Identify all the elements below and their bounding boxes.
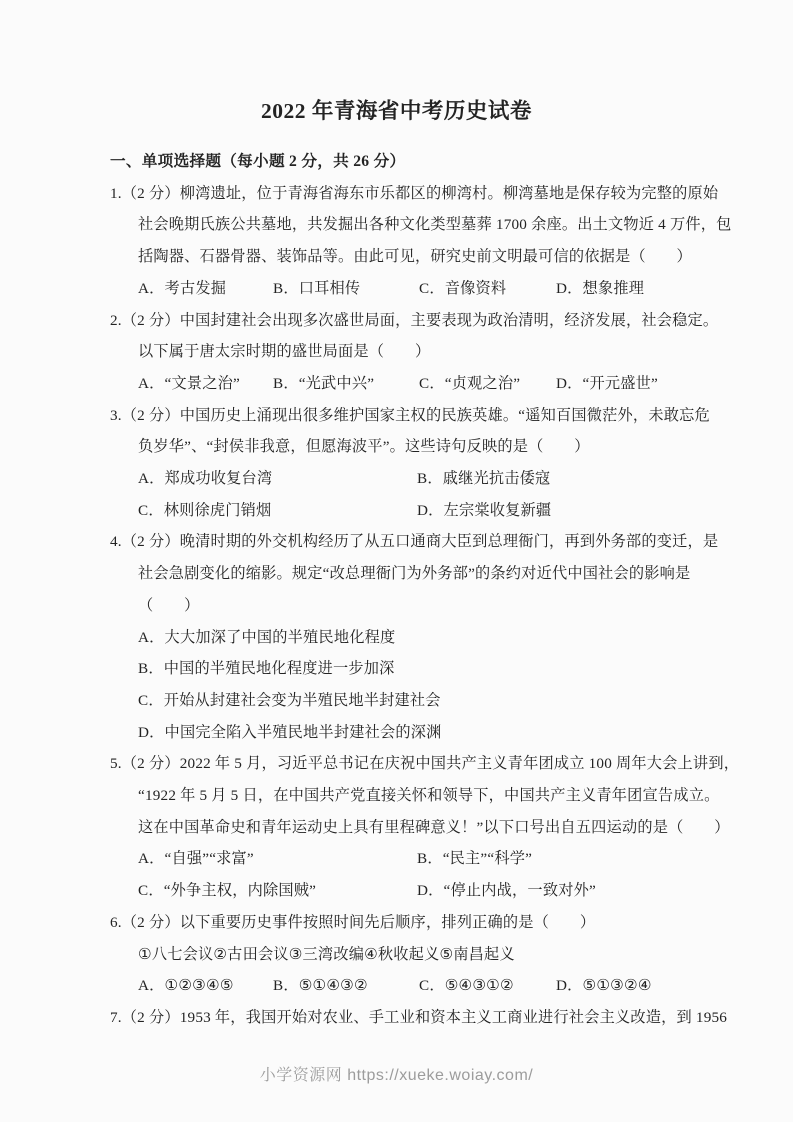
question-2-options: A．“文景之治” B．“光武中兴” C．“贞观之治” D．“开元盛世” (138, 368, 743, 400)
question-5: 5.（2 分）2022 年 5 月，习近平总书记在庆祝中国共产主义青年团成立 1… (110, 748, 743, 907)
question-1-option-d: D．想象推理 (556, 273, 743, 305)
question-2-body: 中国封建社会出现多次盛世局面，主要表现为政治清明，经济发展，社会稳定。 以下属于… (138, 312, 718, 361)
question-4-option-b: B．中国的半殖民地化程度进一步加深 (138, 653, 743, 685)
question-7-number: 7. (110, 1009, 122, 1026)
question-5-option-b: B．“民主”“科学” (417, 843, 743, 875)
question-6-number: 6. (110, 914, 122, 931)
question-5-options: A．“自强”“求富” B．“民主”“科学” C．“外争主权，内除国贼” D．“停… (138, 843, 743, 906)
question-3-body: 中国历史上涌现出很多维护国家主权的民族英雄。“遥知百国微茫外，未敢忘危 负岁华”… (138, 407, 710, 456)
question-1-option-a: A．考古发掘 (138, 273, 273, 305)
question-7-body: 1953 年，我国开始对农业、手工业和资本主义工商业进行社会主义改造，到 195… (180, 1009, 727, 1026)
question-1-body: 柳湾遗址，位于青海省海东市乐都区的柳湾村。柳湾墓地是保存较为完整的原始 社会晚期… (138, 185, 732, 265)
question-2-option-c: C．“贞观之治” (419, 368, 556, 400)
question-7-text: 7.（2 分）1953 年，我国开始对农业、手工业和资本主义工商业进行社会主义改… (110, 1002, 743, 1034)
question-6-option-a: A．①②③④⑤ (138, 970, 273, 1002)
question-4-body: 晚清时期的外交机构经历了从五口通商大臣到总理衙门，再到外务部的变迁，是 社会急剧… (138, 533, 718, 613)
question-4-option-d: D．中国完全陷入半殖民地半封建社会的深渊 (138, 717, 743, 749)
question-6-option-b: B．⑤①④③② (273, 970, 419, 1002)
question-3-points: （2 分） (122, 407, 180, 424)
question-3-option-a: A．郑成功收复台湾 (138, 463, 417, 495)
question-6-options: A．①②③④⑤ B．⑤①④③② C．⑤④③①② D．⑤①③②④ (138, 970, 743, 1002)
question-1-option-b: B．口耳相传 (273, 273, 419, 305)
question-7-points: （2 分） (122, 1009, 180, 1026)
section-header: 一、单项选择题（每小题 2 分，共 26 分） (110, 146, 743, 178)
exam-content: 一、单项选择题（每小题 2 分，共 26 分） 1.（2 分）柳湾遗址，位于青海… (0, 146, 793, 1034)
question-7: 7.（2 分）1953 年，我国开始对农业、手工业和资本主义工商业进行社会主义改… (110, 1002, 743, 1034)
question-1-number: 1. (110, 185, 122, 202)
question-4-points: （2 分） (122, 533, 180, 550)
question-1-text: 1.（2 分）柳湾遗址，位于青海省海东市乐都区的柳湾村。柳湾墓地是保存较为完整的… (110, 178, 743, 273)
question-3-option-b: B．戚继光抗击倭寇 (417, 463, 743, 495)
question-6-points: （2 分） (122, 914, 180, 931)
question-3-number: 3. (110, 407, 122, 424)
question-2-option-d: D．“开元盛世” (556, 368, 743, 400)
question-5-option-c: C．“外争主权，内除国贼” (138, 875, 417, 907)
question-6: 6.（2 分）以下重要历史事件按照时间先后顺序，排列正确的是（ ） ①八七会议②… (110, 907, 743, 1002)
question-2-points: （2 分） (122, 312, 180, 329)
question-4: 4.（2 分）晚清时期的外交机构经历了从五口通商大臣到总理衙门，再到外务部的变迁… (110, 526, 743, 748)
question-5-option-a: A．“自强”“求富” (138, 843, 417, 875)
question-3-options: A．郑成功收复台湾 B．戚继光抗击倭寇 C．林则徐虎门销烟 D．左宗棠收复新疆 (138, 463, 743, 526)
question-4-text: 4.（2 分）晚清时期的外交机构经历了从五口通商大臣到总理衙门，再到外务部的变迁… (110, 526, 743, 621)
question-6-option-c: C．⑤④③①② (419, 970, 556, 1002)
question-4-number: 4. (110, 533, 122, 550)
question-1: 1.（2 分）柳湾遗址，位于青海省海东市乐都区的柳湾村。柳湾墓地是保存较为完整的… (110, 178, 743, 305)
question-5-body: 2022 年 5 月，习近平总书记在庆祝中国共产主义青年团成立 100 周年大会… (138, 755, 739, 835)
question-5-points: （2 分） (122, 755, 180, 772)
question-3-option-d: D．左宗棠收复新疆 (417, 495, 743, 527)
question-1-options: A．考古发掘 B．口耳相传 C．音像资料 D．想象推理 (138, 273, 743, 305)
question-5-text: 5.（2 分）2022 年 5 月，习近平总书记在庆祝中国共产主义青年团成立 1… (110, 748, 743, 843)
question-4-option-a: A．大大加深了中国的半殖民地化程度 (138, 622, 743, 654)
question-6-body: 以下重要历史事件按照时间先后顺序，排列正确的是（ ） ①八七会议②古田会议③三湾… (138, 914, 595, 963)
question-5-option-d: D．“停止内战，一致对外” (417, 875, 743, 907)
watermark-footer: 小学资源网 https://xueke.woiay.com/ (0, 1062, 793, 1085)
question-2-text: 2.（2 分）中国封建社会出现多次盛世局面，主要表现为政治清明，经济发展，社会稳… (110, 305, 743, 368)
question-1-points: （2 分） (122, 185, 180, 202)
question-6-text: 6.（2 分）以下重要历史事件按照时间先后顺序，排列正确的是（ ） ①八七会议②… (110, 907, 743, 970)
question-4-option-c: C．开始从封建社会变为半殖民地半封建社会 (138, 685, 743, 717)
page-title: 2022 年青海省中考历史试卷 (0, 0, 793, 126)
question-3-option-c: C．林则徐虎门销烟 (138, 495, 417, 527)
question-4-options: A．大大加深了中国的半殖民地化程度 B．中国的半殖民地化程度进一步加深 C．开始… (138, 622, 743, 749)
question-2-number: 2. (110, 312, 122, 329)
exam-paper-page: 2022 年青海省中考历史试卷 一、单项选择题（每小题 2 分，共 26 分） … (0, 0, 793, 1122)
question-5-number: 5. (110, 755, 122, 772)
question-3-text: 3.（2 分）中国历史上涌现出很多维护国家主权的民族英雄。“遥知百国微茫外，未敢… (110, 400, 743, 463)
question-1-option-c: C．音像资料 (419, 273, 556, 305)
question-6-option-d: D．⑤①③②④ (556, 970, 743, 1002)
question-2-option-a: A．“文景之治” (138, 368, 273, 400)
question-3: 3.（2 分）中国历史上涌现出很多维护国家主权的民族英雄。“遥知百国微茫外，未敢… (110, 400, 743, 527)
question-2: 2.（2 分）中国封建社会出现多次盛世局面，主要表现为政治清明，经济发展，社会稳… (110, 305, 743, 400)
question-2-option-b: B．“光武中兴” (273, 368, 419, 400)
